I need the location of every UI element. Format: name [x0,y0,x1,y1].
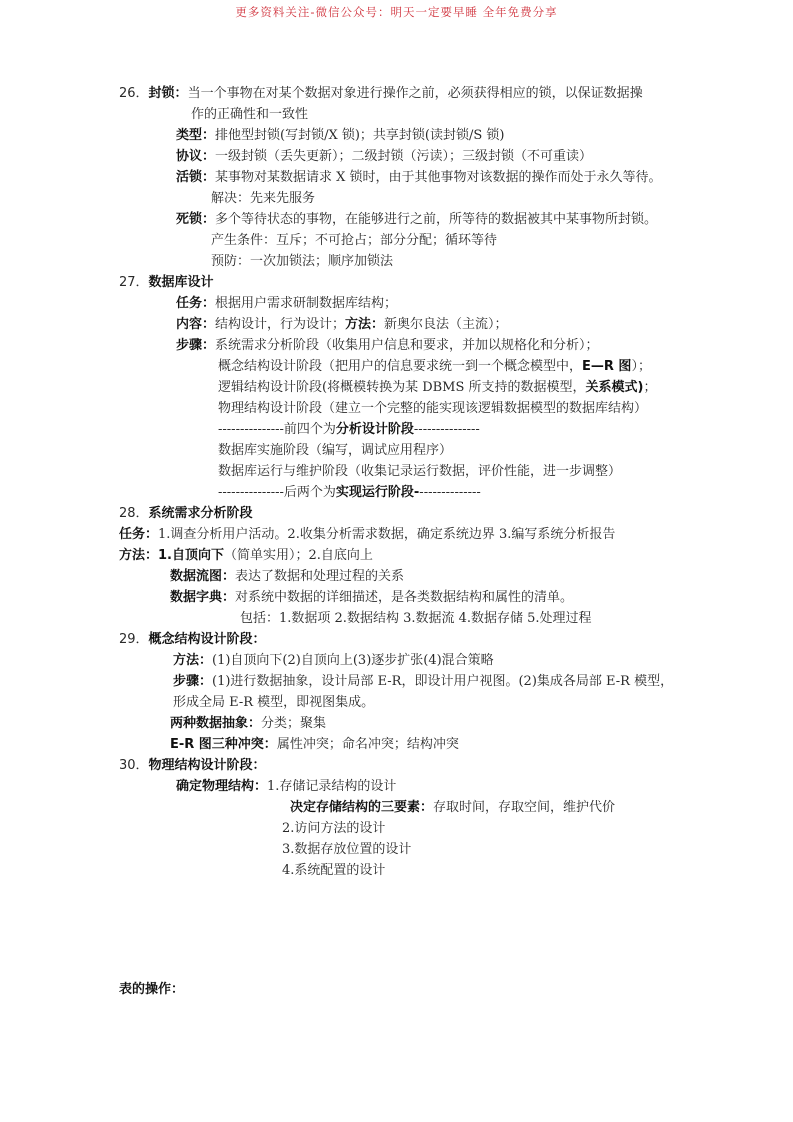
text: 概念结构设计阶段（把用户的信息要求统一到一个概念模型中， [218,359,582,374]
label: 死锁： [176,212,215,227]
emphasis: E—R 图 [582,359,631,374]
label: 方法： [345,317,384,332]
section-title: 系统需求分析阶段 [149,506,253,521]
label: E-R 图三种冲突： [170,737,277,752]
text: --------------- [414,422,480,437]
text: 逻辑结构设计阶段(将概模转换为某 DBMS 所支持的数据模型， [218,380,586,395]
text: ）； [631,359,651,374]
label: 方法： [173,653,212,668]
label: 方法： [119,548,158,563]
label: 决定存储结构的三要素： [290,800,433,815]
db-design-content: 内容：结构设计，行为设计；方法：新奥尔良法（主流）； [176,315,508,335]
section-number: 27． [119,275,149,290]
emphasis: 1.自顶向下 [158,548,224,563]
text: 1.调查分析用户活动。2.收集分析需求数据，确定系统边界 3.编写系统分析报告 [158,527,615,542]
text: 多个等待状态的事物，在能够进行之前，所等待的数据被其中某事物所封锁。 [215,212,657,227]
text: 某事物对某数据请求 X 锁时，由于其他事物对该数据的操作而处于永久等待。 [215,170,662,185]
db-design-step-1: 步骤：系统需求分析阶段（收集用户信息和要求，并加以规格化和分析）； [176,336,599,356]
label: 数据流图： [170,569,235,584]
section-title: 数据库设计 [149,275,214,290]
data-dictionary: 数据字典：对系统中数据的详细描述，是各类数据结构和属性的清单。 [170,588,573,608]
text: -------------- [419,485,481,500]
req-analysis-method: 方法：1.自顶向下（简单实用）；2.自底向上 [119,546,373,566]
text: 排他型封锁(写封锁/X 锁)；共享封锁(读封锁/S 锁) [215,128,504,143]
db-design-step-2: 概念结构设计阶段（把用户的信息要求统一到一个概念模型中，E—R 图）； [218,357,651,377]
label: 数据字典： [170,590,235,605]
section-26-desc-cont: 作的正确性和一致性 [191,105,308,125]
section-number: 26． [119,86,149,101]
text: 表达了数据和处理过程的关系 [235,569,404,584]
data-dictionary-includes: 包括：1.数据项 2.数据结构 3.数据流 4.数据存储 5.处理过程 [240,609,592,629]
label: 内容： [176,317,215,332]
section-title: 封锁： [149,86,188,101]
text: (1)自顶向下(2)自顶向上(3)逐步扩张(4)混合策略 [212,653,494,668]
physical-item-3: 3.数据存放位置的设计 [282,840,411,860]
text: 属性冲突；命名冲突；结构冲突 [277,737,459,752]
req-analysis-task: 任务：1.调查分析用户活动。2.收集分析需求数据，确定系统边界 3.编写系统分析… [119,525,615,545]
label: 活锁： [176,170,215,185]
label: 类型： [176,128,215,143]
section-title: 概念结构设计阶段： [149,632,266,647]
header-banner: 更多资料关注-微信公众号：明天一定要早睡 全年免费分享 [0,4,793,20]
deadlock-conditions: 产生条件：互斥；不可抢占；部分分配；循环等待 [211,231,497,251]
text: ---------------前四个为 [218,422,336,437]
text: 对系统中数据的详细描述，是各类数据结构和属性的清单。 [235,590,573,605]
section-number: 28． [119,506,149,521]
data-abstraction: 两种数据抽象：分类；聚集 [170,714,326,734]
text: 存取时间，存取空间，维护代价 [433,800,615,815]
section-30-heading: 30．物理结构设计阶段： [119,756,266,776]
section-number: 30． [119,758,149,773]
conceptual-steps-cont: 形成全局 E-R 模型，即视图集成。 [173,693,374,713]
conceptual-method: 方法：(1)自顶向下(2)自顶向上(3)逐步扩张(4)混合策略 [173,651,494,671]
db-design-step-6: 数据库运行与维护阶段（收集记录运行数据，评价性能，进一步调整） [218,462,621,482]
section-26-heading: 26．封锁：当一个事物在对某个数据对象进行操作之前，必须获得相应的锁，以保证数据… [119,84,643,104]
conceptual-steps: 步骤：(1)进行数据抽象，设计局部 E-R，即设计用户视图。(2)集成各局部 E… [173,672,673,692]
lock-types: 类型：排他型封锁(写封锁/X 锁)；共享封锁(读封锁/S 锁) [176,126,505,146]
deadlock: 死锁：多个等待状态的事物，在能够进行之前，所等待的数据被其中某事物所封锁。 [176,210,657,230]
text: ---------------后两个为 [218,485,336,500]
table-operations-heading: 表的操作： [119,980,184,1000]
text: （简单实用）；2.自底向上 [224,548,373,563]
determine-physical-structure: 确定物理结构：1.存储记录结构的设计 [176,777,396,797]
db-design-step-3: 逻辑结构设计阶段(将概模转换为某 DBMS 所支持的数据模型，关系模式)； [218,378,657,398]
data-flow-diagram: 数据流图：表达了数据和处理过程的关系 [170,567,404,587]
livelock: 活锁：某事物对某数据请求 X 锁时，由于其他事物对该数据的操作而处于永久等待。 [176,168,662,188]
separator-analysis: ---------------前四个为分析设计阶段--------------- [218,420,480,440]
text: 分类；聚集 [261,716,326,731]
storage-elements: 决定存储结构的三要素：存取时间，存取空间，维护代价 [290,798,615,818]
emphasis: 关系模式) [586,380,644,395]
section-title: 物理结构设计阶段： [149,758,266,773]
label: 两种数据抽象： [170,716,261,731]
section-number: 29． [119,632,149,647]
text: 1.存储记录结构的设计 [267,779,396,794]
label: 步骤： [176,338,215,353]
label: 协议： [176,149,215,164]
label: 任务： [119,527,158,542]
text: 系统需求分析阶段（收集用户信息和要求，并加以规格化和分析）； [215,338,599,353]
text: (1)进行数据抽象，设计局部 E-R，即设计用户视图。(2)集成各局部 E-R … [212,674,673,689]
text: ； [643,380,656,395]
label: 任务： [176,296,215,311]
text: 新奥尔良法（主流）； [384,317,508,332]
er-conflicts: E-R 图三种冲突：属性冲突；命名冲突；结构冲突 [170,735,459,755]
physical-item-4: 4.系统配置的设计 [282,861,385,881]
livelock-solution: 解决：先来先服务 [211,189,315,209]
emphasis: 分析设计阶段 [336,422,414,437]
text: 结构设计，行为设计； [215,317,345,332]
physical-item-2: 2.访问方法的设计 [282,819,385,839]
lock-protocol: 协议：一级封锁（丢失更新）；二级封锁（污读）；三级封锁（不可重读） [176,147,592,167]
text: 一级封锁（丢失更新）；二级封锁（污读）；三级封锁（不可重读） [215,149,592,164]
label: 步骤： [173,674,212,689]
label: 确定物理结构： [176,779,267,794]
deadlock-prevention: 预防：一次加锁法；顺序加锁法 [211,252,393,272]
separator-implementation: ---------------后两个为实现运行阶段--------------- [218,483,481,503]
text: 根据用户需求研制数据库结构； [215,296,397,311]
db-design-step-4: 物理结构设计阶段（建立一个完整的能实现该逻辑数据模型的数据库结构） [218,399,647,419]
db-design-step-5: 数据库实施阶段（编写，调试应用程序） [218,441,452,461]
section-desc: 当一个事物在对某个数据对象进行操作之前，必须获得相应的锁，以保证数据操 [188,86,643,101]
emphasis: 实现运行阶段- [336,485,419,500]
section-28-heading: 28．系统需求分析阶段 [119,504,253,524]
section-29-heading: 29．概念结构设计阶段： [119,630,266,650]
db-design-task: 任务：根据用户需求研制数据库结构； [176,294,397,314]
section-27-heading: 27．数据库设计 [119,273,214,293]
